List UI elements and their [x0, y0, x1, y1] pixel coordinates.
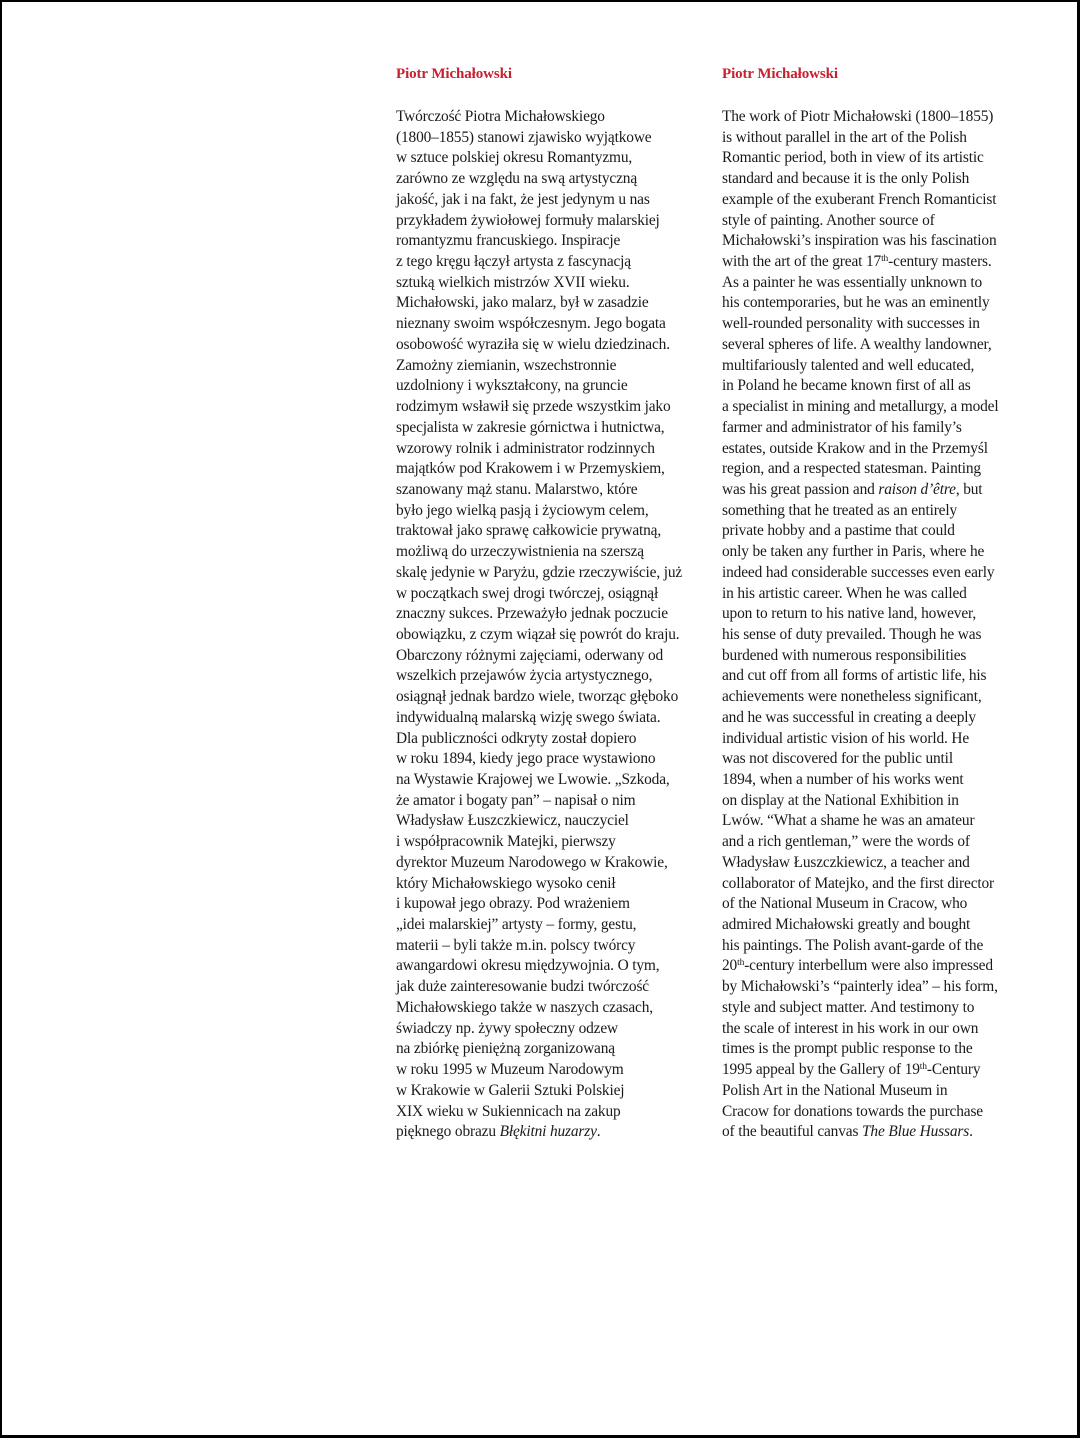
- text-line: na Wystawie Krajowej we Lwowie. „Szkoda,: [396, 770, 716, 791]
- text-line: w sztuce polskiej okresu Romantyzmu,: [396, 148, 716, 169]
- text-line: zarówno ze względu na swą artystyczną: [396, 169, 716, 190]
- text-line: 1995 appeal by the Gallery of 19th-Centu…: [722, 1060, 1042, 1081]
- text-line: in his artistic career. When he was call…: [722, 584, 1042, 605]
- text-line: Lwów. “What a shame he was an amateur: [722, 811, 1042, 832]
- text-line: is without parallel in the art of the Po…: [722, 128, 1042, 149]
- text-line: burdened with numerous responsibilities: [722, 646, 1042, 667]
- text-line: skalę jedynie w Paryżu, gdzie rzeczywiśc…: [396, 563, 716, 584]
- text-line: achievements were nonetheless significan…: [722, 687, 1042, 708]
- text-line: rodzimym wsławił się przede wszystkim ja…: [396, 397, 716, 418]
- text-line: standard and because it is the only Poli…: [722, 169, 1042, 190]
- text-line: traktował jako sprawę całkowicie prywatn…: [396, 521, 716, 542]
- text-line: materii – byli także m.in. polscy twórcy: [396, 936, 716, 957]
- text-line: XIX wieku w Sukiennicach na zakup: [396, 1102, 716, 1123]
- page: Piotr Michałowski Twórczość Piotra Micha…: [0, 0, 1080, 1438]
- text-line: majątków pod Krakowem i w Przemyskiem,: [396, 459, 716, 480]
- text-line: of the beautiful canvas The Blue Hussars…: [722, 1122, 1042, 1143]
- text-line: the scale of interest in his work in our…: [722, 1019, 1042, 1040]
- text-line: w początkach swej drogi twórczej, osiągn…: [396, 584, 716, 605]
- text-line: several spheres of life. A wealthy lando…: [722, 335, 1042, 356]
- text-line: Cracow for donations towards the purchas…: [722, 1102, 1042, 1123]
- text-line: świadczy np. żywy społeczny odzew: [396, 1019, 716, 1040]
- text-line: Michałowskiego także w naszych czasach,: [396, 998, 716, 1019]
- text-line: admired Michałowski greatly and bought: [722, 915, 1042, 936]
- text-line: indeed had considerable successes even e…: [722, 563, 1042, 584]
- text-line: że amator i bogaty pan” – napisał o nim: [396, 791, 716, 812]
- text-line: and he was successful in creating a deep…: [722, 708, 1042, 729]
- text-line: w Krakowie w Galerii Sztuki Polskiej: [396, 1081, 716, 1102]
- text-line: Michałowski, jako malarz, był w zasadzie: [396, 293, 716, 314]
- text-line: szanowany mąż stanu. Malarstwo, które: [396, 480, 716, 501]
- text-line: wszelkich przejawów życia artystycznego,: [396, 666, 716, 687]
- text-line: osobowość wyraziła się w wielu dziedzina…: [396, 335, 716, 356]
- italic-title: Błękitni huzarzy: [500, 1123, 597, 1140]
- text-line: was his great passion and raison d’être,…: [722, 480, 1042, 501]
- text-line: a specialist in mining and metallurgy, a…: [722, 397, 1042, 418]
- text-line: dyrektor Muzeum Narodowego w Krakowie,: [396, 853, 716, 874]
- text-line: przykładem żywiołowej formuły malarskiej: [396, 211, 716, 232]
- text-line: his paintings. The Polish avant-garde of…: [722, 936, 1042, 957]
- english-body: The work of Piotr Michałowski (1800–1855…: [722, 107, 1042, 1143]
- text-line: and a rich gentleman,” were the words of: [722, 832, 1042, 853]
- text-line: individual artistic vision of his world.…: [722, 729, 1042, 750]
- text-line: estates, outside Krakow and in the Przem…: [722, 439, 1042, 460]
- text-line: farmer and administrator of his family’s: [722, 418, 1042, 439]
- text-line: nieznany swoim współczesnym. Jego bogata: [396, 314, 716, 335]
- text-line: Twórczość Piotra Michałowskiego: [396, 107, 716, 128]
- text-line: 20th-century interbellum were also impre…: [722, 956, 1042, 977]
- text-line: As a painter he was essentially unknown …: [722, 273, 1042, 294]
- italic-title: raison d’être: [878, 481, 955, 498]
- text-line: Władysław Łuszczkiewicz, a teacher and: [722, 853, 1042, 874]
- text-line: i współpracownik Matejki, pierwszy: [396, 832, 716, 853]
- text-line: Dla publiczności odkryty został dopiero: [396, 729, 716, 750]
- text-line: 1894, when a number of his works went: [722, 770, 1042, 791]
- text-line: was not discovered for the public until: [722, 749, 1042, 770]
- text-line: and cut off from all forms of artistic l…: [722, 666, 1042, 687]
- text-line: Polish Art in the National Museum in: [722, 1081, 1042, 1102]
- text-line: style and subject matter. And testimony …: [722, 998, 1042, 1019]
- text-line: with the art of the great 17th-century m…: [722, 252, 1042, 273]
- text-line: Władysław Łuszczkiewicz, nauczyciel: [396, 811, 716, 832]
- text-line: romantyzmu francuskiego. Inspiracje: [396, 231, 716, 252]
- text-line: collaborator of Matejko, and the first d…: [722, 874, 1042, 895]
- english-heading: Piotr Michałowski: [722, 64, 1042, 84]
- italic-title: The Blue Hussars: [862, 1123, 969, 1140]
- english-column: Piotr Michałowski The work of Piotr Mich…: [722, 64, 1042, 1143]
- text-line: times is the prompt public response to t…: [722, 1039, 1042, 1060]
- polish-column: Piotr Michałowski Twórczość Piotra Micha…: [396, 64, 716, 1143]
- text-line: jak duże zainteresowanie budzi twórczość: [396, 977, 716, 998]
- text-line: by Michałowski’s “painterly idea” – his …: [722, 977, 1042, 998]
- text-line: z tego kręgu łączył artysta z fascynacją: [396, 252, 716, 273]
- text-line: Obarczony różnymi zajęciami, oderwany od: [396, 646, 716, 667]
- text-line: było jego wielką pasją i życiowym celem,: [396, 501, 716, 522]
- text-line: znaczny sukces. Przeważyło jednak poczuc…: [396, 604, 716, 625]
- text-line: style of painting. Another source of: [722, 211, 1042, 232]
- text-line: obowiązku, z czym wiązał się powrót do k…: [396, 625, 716, 646]
- text-line: indywidualną malarską wizję swego świata…: [396, 708, 716, 729]
- text-line: in Poland he became known first of all a…: [722, 376, 1042, 397]
- text-line: of the National Museum in Cracow, who: [722, 894, 1042, 915]
- text-line: his contemporaries, but he was an eminen…: [722, 293, 1042, 314]
- text-line: jakość, jak i na fakt, że jest jedynym u…: [396, 190, 716, 211]
- text-line: Zamożny ziemianin, wszechstronnie: [396, 356, 716, 377]
- text-line: który Michałowskiego wysoko cenił: [396, 874, 716, 895]
- text-line: private hobby and a pastime that could: [722, 521, 1042, 542]
- text-line: uzdolniony i wykształcony, na gruncie: [396, 376, 716, 397]
- text-line: sztuką wielkich mistrzów XVII wieku.: [396, 273, 716, 294]
- text-line: w roku 1894, kiedy jego prace wystawiono: [396, 749, 716, 770]
- text-line: multifariously talented and well educate…: [722, 356, 1042, 377]
- text-line: na zbiórkę pieniężną zorganizowaną: [396, 1039, 716, 1060]
- text-line: upon to return to his native land, howev…: [722, 604, 1042, 625]
- polish-heading: Piotr Michałowski: [396, 64, 716, 84]
- text-line: w roku 1995 w Muzeum Narodowym: [396, 1060, 716, 1081]
- text-line: something that he treated as an entirely: [722, 501, 1042, 522]
- text-line: well-rounded personality with successes …: [722, 314, 1042, 335]
- text-line: The work of Piotr Michałowski (1800–1855…: [722, 107, 1042, 128]
- text-line: his sense of duty prevailed. Though he w…: [722, 625, 1042, 646]
- text-line: „idei malarskiej” artysty – formy, gestu…: [396, 915, 716, 936]
- text-line: on display at the National Exhibition in: [722, 791, 1042, 812]
- text-line: region, and a respected statesman. Paint…: [722, 459, 1042, 480]
- text-line: i kupował jego obrazy. Pod wrażeniem: [396, 894, 716, 915]
- text-line: only be taken any further in Paris, wher…: [722, 542, 1042, 563]
- text-line: awangardowi okresu międzywojnia. O tym,: [396, 956, 716, 977]
- text-line: Michałowski’s inspiration was his fascin…: [722, 231, 1042, 252]
- text-line: pięknego obrazu Błękitni huzarzy.: [396, 1122, 716, 1143]
- text-line: możliwą do urzeczywistnienia na szerszą: [396, 542, 716, 563]
- text-line: specjalista w zakresie górnictwa i hutni…: [396, 418, 716, 439]
- text-line: wzorowy rolnik i administrator rodzinnyc…: [396, 439, 716, 460]
- text-line: example of the exuberant French Romantic…: [722, 190, 1042, 211]
- text-line: (1800–1855) stanowi zjawisko wyjątkowe: [396, 128, 716, 149]
- polish-body: Twórczość Piotra Michałowskiego(1800–185…: [396, 107, 716, 1143]
- text-line: Romantic period, both in view of its art…: [722, 148, 1042, 169]
- text-line: osiągnął jednak bardzo wiele, tworząc gł…: [396, 687, 716, 708]
